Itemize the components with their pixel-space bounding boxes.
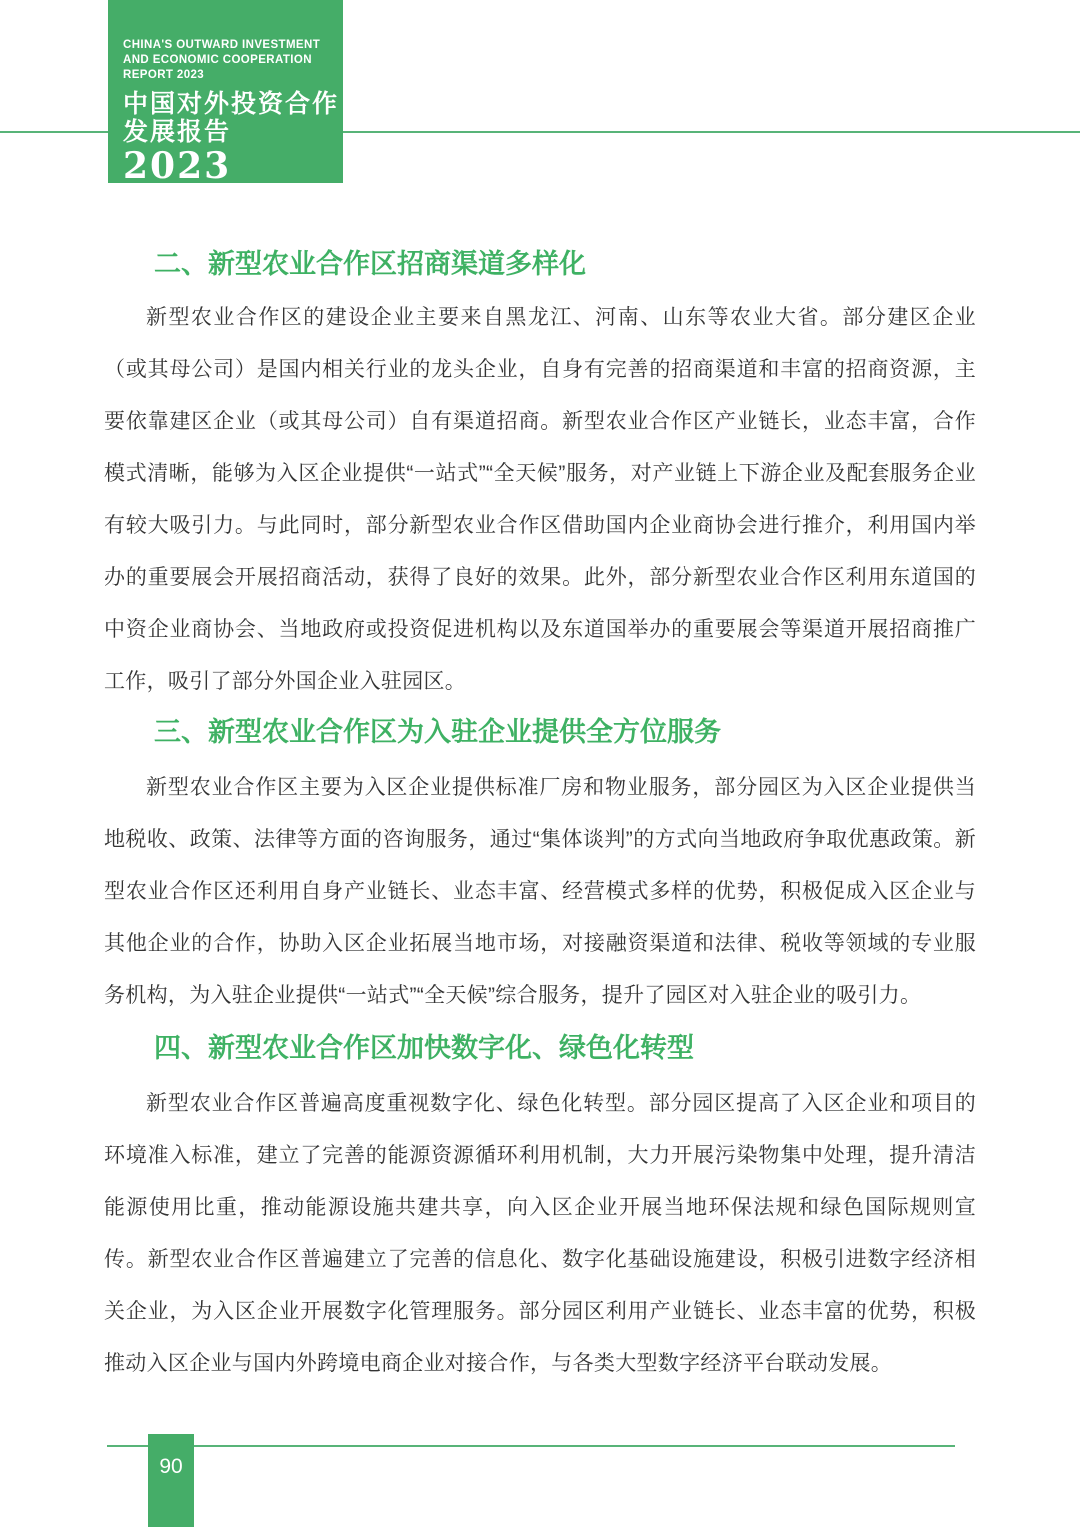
section-4-paragraph: 新型农业合作区普遍高度重视数字化、绿色化转型。部分园区提高了入区企业和项目的环境… <box>104 1078 976 1390</box>
page-number-tab: 90 <box>148 1434 194 1527</box>
page-content: 二、新型农业合作区招商渠道多样化 新型农业合作区的建设企业主要来自黑龙江、河南、… <box>104 232 976 1390</box>
header-en-title-line1: CHINA'S OUTWARD INVESTMENT <box>123 38 333 53</box>
header-en-title-line3: REPORT 2023 <box>123 68 333 83</box>
header-cn-title-line1: 中国对外投资合作 <box>123 90 333 118</box>
header-en-title-line2: AND ECONOMIC COOPERATION <box>123 53 333 68</box>
header-year: 2023 <box>123 146 333 186</box>
report-header-block: CHINA'S OUTWARD INVESTMENT AND ECONOMIC … <box>108 0 343 183</box>
footer-rule <box>107 1445 955 1447</box>
section-heading-3: 三、新型农业合作区为入驻企业提供全方位服务 <box>154 714 976 750</box>
report-page: CHINA'S OUTWARD INVESTMENT AND ECONOMIC … <box>0 0 1080 1527</box>
page-number: 90 <box>148 1456 194 1478</box>
section-heading-4: 四、新型农业合作区加快数字化、绿色化转型 <box>154 1030 976 1066</box>
section-heading-2: 二、新型农业合作区招商渠道多样化 <box>154 246 976 282</box>
header-cn-title-line2: 发展报告 <box>123 118 333 146</box>
section-2-paragraph: 新型农业合作区的建设企业主要来自黑龙江、河南、山东等农业大省。部分建区企业（或其… <box>104 292 976 708</box>
section-3-paragraph: 新型农业合作区主要为入区企业提供标准厂房和物业服务，部分园区为入区企业提供当地税… <box>104 762 976 1022</box>
